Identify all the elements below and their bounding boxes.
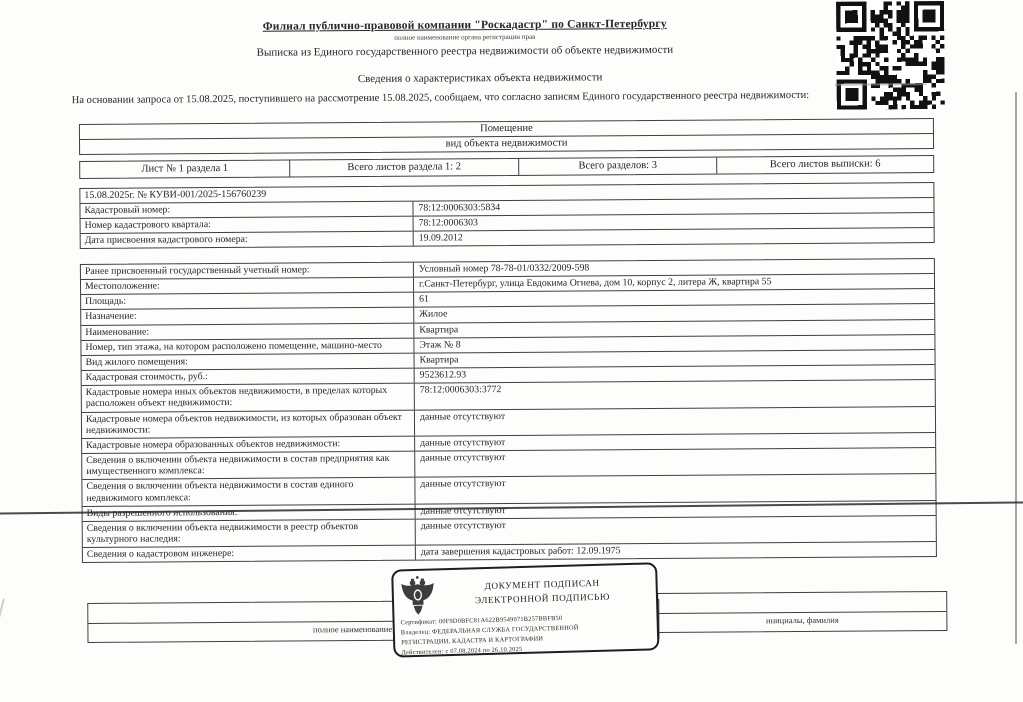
signature-line <box>658 592 946 614</box>
cadastral-id-table: 15.08.2025г. № КУВИ-001/2025-156760239 К… <box>79 182 934 249</box>
row-label: Кадастровый номер: <box>80 202 412 218</box>
qr-code <box>836 1 945 110</box>
row-label: Номер, тип этажа, на котором расположено… <box>81 338 413 354</box>
sheet-info-cell: Лист № 1 раздела 1 <box>80 161 289 178</box>
document-title: Выписка из Единого государственного реес… <box>0 42 931 61</box>
digital-signature-stamp: ДОКУМЕНТ ПОДПИСАН ЭЛЕКТРОННОЙ ПОДПИСЬЮ С… <box>391 562 659 657</box>
row-label: Дата присвоения кадастрового номера: <box>81 232 413 248</box>
sheet-info-cell: Всего листов выписки: 6 <box>716 156 933 174</box>
request-number-line: 15.08.2025г. № КУВИ-001/2025-156760239 <box>80 188 270 203</box>
row-label: Сведения о кадастровом инженере: <box>83 546 415 562</box>
characteristics-table: Ранее присвоенный государственный учетны… <box>80 258 937 563</box>
row-label: Площадь: <box>81 293 413 309</box>
sheet-info-cell: Всего листов раздела 1: 2 <box>289 159 518 177</box>
row-label: Кадастровые номера объектов недвижимости… <box>82 410 414 438</box>
row-label: Номер кадастрового квартала: <box>81 217 413 233</box>
scanned-page: Филиал публично-правовой компании "Роска… <box>0 0 1023 702</box>
row-label: Кадастровые номера образованных объектов… <box>82 437 414 453</box>
coat-of-arms-icon <box>399 574 436 617</box>
row-label: Местоположение: <box>81 278 413 294</box>
row-label: Кадастровые номера иных объектов недвижи… <box>82 384 414 412</box>
scan-artifact-vertical-line <box>1015 92 1017 644</box>
row-value: данные отсутствуют <box>415 516 936 545</box>
row-value: данные отсутствуют <box>414 474 935 503</box>
row-label: Назначение: <box>81 308 413 324</box>
row-value: данные отсутствуют <box>414 448 935 477</box>
row-label: Наименование: <box>81 323 413 339</box>
sheet-info-cell: Всего разделов: 3 <box>518 158 716 175</box>
row-value: данные отсутствуют <box>414 407 935 436</box>
row-label: Вид жилого помещения: <box>82 354 414 370</box>
sheet-info-row: Лист № 1 раздела 1 Всего листов раздела … <box>79 155 934 179</box>
row-label: Сведения о включении объекта недвижимост… <box>83 519 415 547</box>
signature-name-caption: инициалы, фамилия <box>658 612 946 632</box>
section-title: Сведения о характеристиках объекта недви… <box>0 69 962 88</box>
row-label: Сведения о включении объекта недвижимост… <box>82 478 414 506</box>
row-value: 78:12:0006303:3772 <box>414 380 935 409</box>
row-value: 19.09.2012 <box>413 228 934 246</box>
row-label: Кадастровая стоимость, руб.: <box>82 369 414 385</box>
row-label: Ранее присвоенный государственный учетны… <box>81 263 413 279</box>
row-label: Сведения о включении объекта недвижимост… <box>82 452 414 480</box>
row-value: дата завершения кадастровых работ: 12.09… <box>415 542 936 560</box>
signature-box-name: инициалы, фамилия <box>657 591 947 633</box>
object-type-table: Помещение вид объекта недвижимости <box>79 118 934 155</box>
